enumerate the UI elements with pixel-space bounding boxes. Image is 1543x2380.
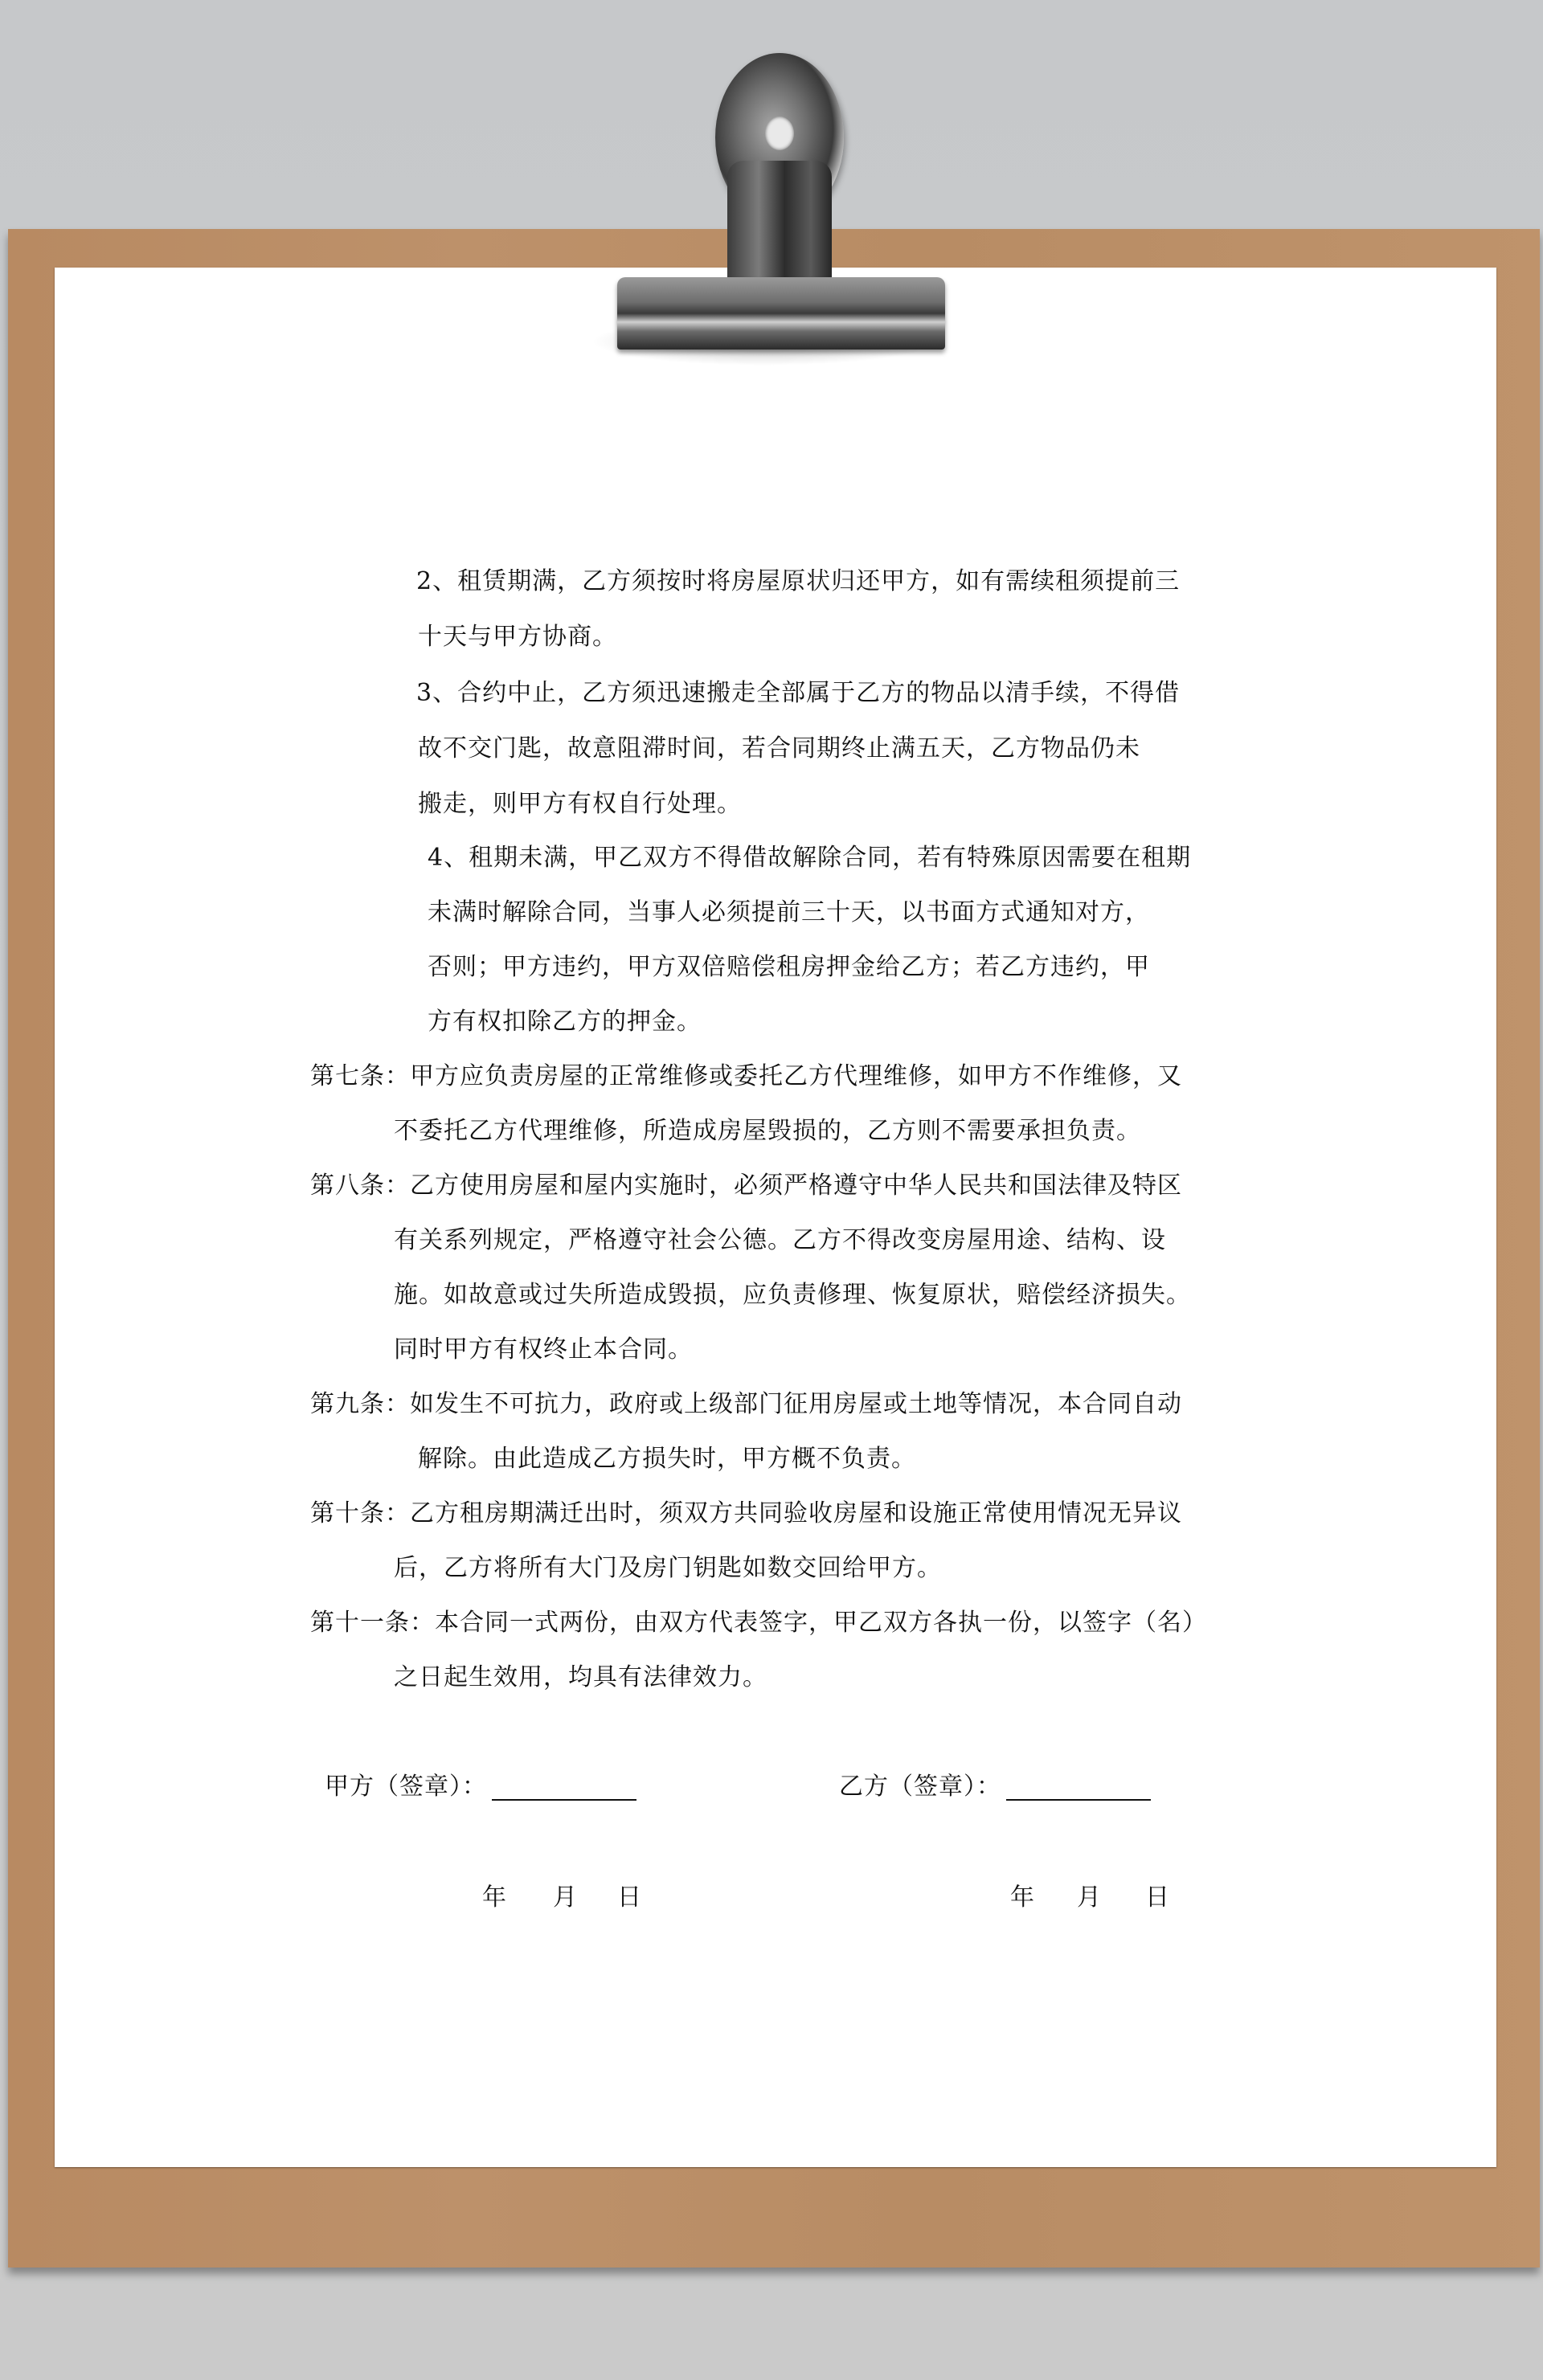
clause-line: 方有权扣除乙方的押金。 <box>428 1008 702 1036</box>
clause-line: 有关系列规定，严格遵守社会公德。乙方不得改变房屋用途、结构、设 <box>394 1227 1166 1254</box>
clause-line: 后，乙方将所有大门及房门钥匙如数交回给甲方。 <box>394 1555 942 1582</box>
party-a-date-year: 年 <box>482 1884 507 1912</box>
clause-line: 故不交门匙，故意阻滞时间，若合同期终止满五天，乙方物品仍未 <box>418 735 1140 763</box>
clause-line: 第十条：乙方租房期满迁出时，须双方共同验收房屋和设施正常使用情况无异议 <box>310 1500 1182 1527</box>
clause-line: 第九条：如发生不可抗力，政府或上级部门征用房屋或土地等情况，本合同自动 <box>310 1391 1182 1418</box>
party-b-label: 乙方（签章）： <box>839 1773 1001 1801</box>
contract-paper <box>55 268 1496 2167</box>
party-a-label: 甲方（签章）： <box>325 1773 487 1801</box>
clause-line: 未满时解除合同，当事人必须提前三十天，以书面方式通知对方， <box>428 899 1150 926</box>
party-b-signature-line[interactable] <box>1006 1778 1151 1801</box>
party-b-date-month: 月 <box>1077 1884 1102 1912</box>
clause-line: 解除。由此造成乙方损失时，甲方概不负责。 <box>418 1446 916 1473</box>
clause-line: 搬走，则甲方有权自行处理。 <box>418 791 742 818</box>
party-a-signature: 甲方（签章）： <box>325 1773 636 1801</box>
party-a-signature-line[interactable] <box>492 1778 636 1801</box>
party-b-date-day: 日 <box>1145 1884 1170 1912</box>
binder-clip-neck <box>727 161 832 289</box>
party-a-date-day: 日 <box>617 1884 642 1912</box>
party-a-date-month: 月 <box>553 1884 578 1912</box>
party-b-signature: 乙方（签章）： <box>839 1773 1151 1801</box>
clause-line: 第十一条：本合同一式两份，由双方代表签字，甲乙双方各执一份，以签字（名） <box>310 1609 1207 1637</box>
clause-line: 施。如故意或过失所造成毁损，应负责修理、恢复原状，赔偿经济损失。 <box>394 1282 1191 1309</box>
party-b-date-year: 年 <box>1010 1884 1035 1912</box>
clause-line: 十天与甲方协商。 <box>418 624 617 651</box>
clause-line: 第七条：甲方应负责房屋的正常维修或委托乙方代理维修，如甲方不作维修，又 <box>310 1063 1182 1090</box>
clause-line: 之日起生效用，均具有法律效力。 <box>394 1664 767 1691</box>
clause-line: 4、租期未满，甲乙双方不得借故解除合同，若有特殊原因需要在租期 <box>428 844 1191 872</box>
clause-line: 2、租赁期满，乙方须按时将房屋原状归还甲方，如有需续租须提前三 <box>416 568 1180 595</box>
clause-line: 第八条：乙方使用房屋和屋内实施时，必须严格遵守中华人民共和国法律及特区 <box>310 1172 1182 1200</box>
clause-line: 3、合约中止，乙方须迅速搬走全部属于乙方的物品以清手续，不得借 <box>416 680 1180 707</box>
binder-clip-base <box>617 277 945 350</box>
clause-line: 同时甲方有权终止本合同。 <box>394 1336 693 1364</box>
clause-line: 不委托乙方代理维修，所造成房屋毁损的，乙方则不需要承担负责。 <box>394 1118 1141 1145</box>
binder-clip-hole <box>765 117 794 150</box>
clause-line: 否则；甲方违约，甲方双倍赔偿租房押金给乙方；若乙方违约，甲 <box>428 954 1150 981</box>
